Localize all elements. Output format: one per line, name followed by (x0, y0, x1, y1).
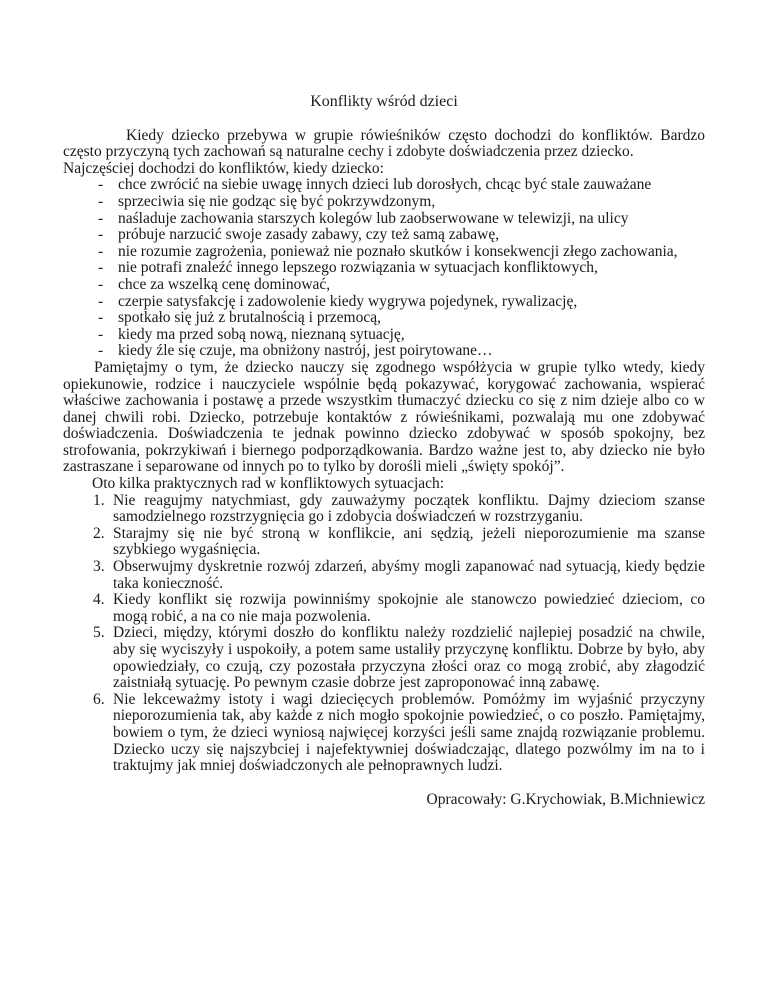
bullet-marker: - (98, 211, 118, 228)
advice-intro-line: Oto kilka praktycznych rad w konfliktowy… (63, 476, 705, 493)
bullet-text: nie potrafi znaleźć innego lepszego rozw… (118, 260, 705, 277)
advice-item: 1. Nie reagujmy natychmiast, gdy zauważy… (93, 493, 705, 526)
document-page: Konflikty wśród dzieci Kiedy dziecko prz… (0, 0, 768, 994)
advice-item: 3. Obserwujmy dyskretnie rozwój zdarzeń,… (93, 559, 705, 592)
advice-number: 3. (93, 559, 113, 592)
list-item: - nie potrafi znaleźć innego lepszego ro… (98, 260, 705, 277)
list-item: - chce zwrócić na siebie uwagę innych dz… (98, 177, 705, 194)
list-item: - spotkało się już z brutalnością i prze… (98, 310, 705, 327)
conflicts-intro-line: Najczęściej dochodzi do konfliktów, kied… (63, 161, 705, 178)
bullet-text: nie rozumie zagrożenia, ponieważ nie poz… (118, 244, 705, 261)
bullet-marker: - (98, 327, 118, 344)
lead-paragraph: Kiedy dziecko przebywa w grupie rówieśni… (63, 128, 705, 161)
bullet-text: spotkało się już z brutalnością i przemo… (118, 310, 705, 327)
advice-number: 6. (93, 692, 113, 775)
bullet-marker: - (98, 177, 118, 194)
bullet-marker: - (98, 294, 118, 311)
advice-list: 1. Nie reagujmy natychmiast, gdy zauważy… (63, 493, 705, 775)
list-item: - nie rozumie zagrożenia, ponieważ nie p… (98, 244, 705, 261)
advice-text: Kiedy konflikt się rozwija powinniśmy sp… (113, 592, 705, 625)
advice-text: Nie reagujmy natychmiast, gdy zauważymy … (113, 493, 705, 526)
advice-text: Obserwujmy dyskretnie rozwój zdarzeń, ab… (113, 559, 705, 592)
list-item: - kiedy źle się czuje, ma obniżony nastr… (98, 343, 705, 360)
bullet-marker: - (98, 244, 118, 261)
bullet-marker: - (98, 277, 118, 294)
advice-item: 5. Dzieci, między, którymi doszło do kon… (93, 625, 705, 691)
bullet-marker: - (98, 343, 118, 360)
advice-item: 4. Kiedy konflikt się rozwija powinniśmy… (93, 592, 705, 625)
advice-number: 1. (93, 493, 113, 526)
advice-text: Nie lekceważmy istoty i wagi dziecięcych… (113, 692, 705, 775)
advice-text: Starajmy się nie być stroną w konflikcie… (113, 526, 705, 559)
document-title: Konflikty wśród dzieci (63, 94, 705, 111)
list-item: - naśladuje zachowania starszych kolegów… (98, 211, 705, 228)
bullet-text: naśladuje zachowania starszych kolegów l… (118, 211, 705, 228)
conflict-causes-list: - chce zwrócić na siebie uwagę innych dz… (63, 177, 705, 360)
list-item: - kiedy ma przed sobą nową, nieznaną syt… (98, 327, 705, 344)
bullet-text: sprzeciwia się nie godząc się być pokrzy… (118, 194, 705, 211)
bullet-marker: - (98, 194, 118, 211)
bullet-text: chce zwrócić na siebie uwagę innych dzie… (118, 177, 705, 194)
advice-number: 4. (93, 592, 113, 625)
advice-number: 5. (93, 625, 113, 691)
bullet-text: kiedy źle się czuje, ma obniżony nastrój… (118, 343, 705, 360)
bullet-marker: - (98, 260, 118, 277)
advice-text: Dzieci, między, którymi doszło do konfli… (113, 625, 705, 691)
advice-number: 2. (93, 526, 113, 559)
body-paragraph: Pamiętajmy o tym, że dziecko nauczy się … (63, 360, 705, 476)
advice-item: 2. Starajmy się nie być stroną w konflik… (93, 526, 705, 559)
bullet-marker: - (98, 310, 118, 327)
list-item: - czerpie satysfakcję i zadowolenie kied… (98, 294, 705, 311)
list-item: - sprzeciwia się nie godząc się być pokr… (98, 194, 705, 211)
bullet-text: chce za wszelką cenę dominować, (118, 277, 705, 294)
bullet-text: kiedy ma przed sobą nową, nieznaną sytua… (118, 327, 705, 344)
advice-item: 6. Nie lekceważmy istoty i wagi dziecięc… (93, 692, 705, 775)
list-item: - chce za wszelką cenę dominować, (98, 277, 705, 294)
bullet-text: próbuje narzucić swoje zasady zabawy, cz… (118, 227, 705, 244)
list-item: - próbuje narzucić swoje zasady zabawy, … (98, 227, 705, 244)
bullet-marker: - (98, 227, 118, 244)
bullet-text: czerpie satysfakcję i zadowolenie kiedy … (118, 294, 705, 311)
authors-signature: Opracowały: G.Krychowiak, B.Michniewicz (63, 792, 705, 809)
